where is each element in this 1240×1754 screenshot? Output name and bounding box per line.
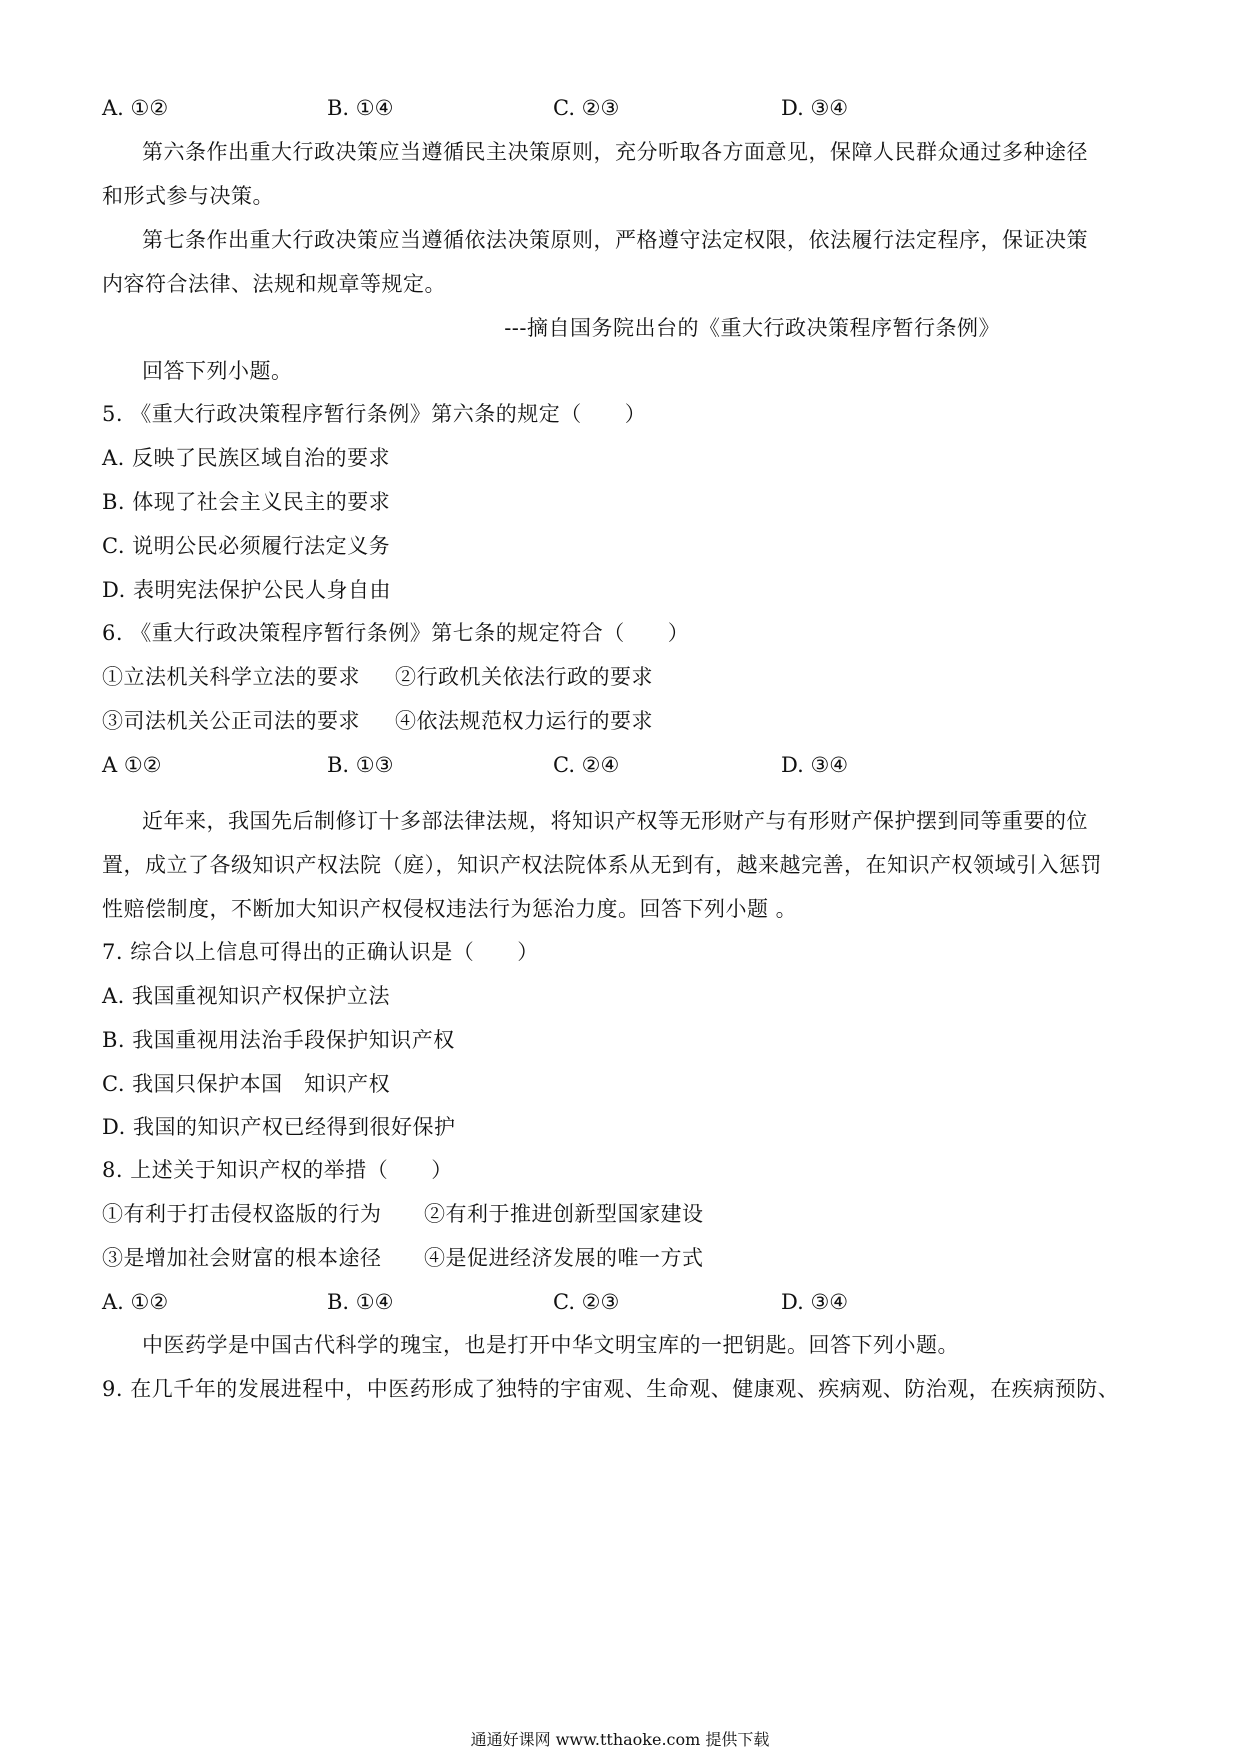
q8-statement-2: ②有利于推进创新型国家建设	[424, 1200, 704, 1228]
material1-para1-line2: 和形式参与决策。	[102, 182, 274, 210]
q9-stem-line1: 9. 在几千年的发展进程中，中医药形成了独特的宇宙观、生命观、健康观、疾病观、防…	[102, 1375, 1119, 1403]
material1-source: ---摘自国务院出台的《重大行政决策程序暂行条例》	[504, 314, 1000, 342]
q6-statement-2: ②行政机关依法行政的要求	[395, 663, 653, 691]
q8-option-c: C. ②③	[553, 1288, 619, 1316]
q8-option-d: D. ③④	[781, 1288, 848, 1316]
q8-statement-4: ④是促进经济发展的唯一方式	[424, 1244, 704, 1272]
q8-statement-3: ③是增加社会财富的根本途径	[102, 1244, 382, 1272]
q6-statement-1: ①立法机关科学立法的要求	[102, 663, 360, 691]
material1-para2-line1: 第七条作出重大行政决策应当遵循依法决策原则，严格遵守法定权限，依法履行法定程序，…	[142, 226, 1088, 254]
q6-statement-3: ③司法机关公正司法的要求	[102, 707, 360, 735]
material2-line3: 性赔偿制度，不断加大知识产权侵权违法行为惩治力度。回答下列小题 。	[102, 895, 797, 923]
q4-option-d: D. ③④	[781, 94, 848, 122]
q5-option-c: C. 说明公民必须履行法定义务	[102, 532, 390, 560]
material1-prompt: 回答下列小题。	[142, 357, 293, 385]
q6-stem: 6. 《重大行政决策程序暂行条例》第七条的规定符合（ ）	[102, 619, 689, 647]
q4-option-c: C. ②③	[553, 94, 619, 122]
material1-para2-line2: 内容符合法律、法规和规章等规定。	[102, 270, 446, 298]
q7-option-d: D. 我国的知识产权已经得到很好保护	[102, 1113, 455, 1141]
q7-stem: 7. 综合以上信息可得出的正确认识是（ ）	[102, 938, 539, 966]
q7-option-a: A. 我国重视知识产权保护立法	[102, 982, 390, 1010]
material1-para1-line1: 第六条作出重大行政决策应当遵循民主决策原则，充分听取各方面意见，保障人民群众通过…	[142, 138, 1088, 166]
q8-statement-1: ①有利于打击侵权盗版的行为	[102, 1200, 382, 1228]
q6-statement-4: ④依法规范权力运行的要求	[395, 707, 653, 735]
q8-stem: 8. 上述关于知识产权的举措（ ）	[102, 1156, 453, 1184]
q4-option-b: B. ①④	[327, 94, 393, 122]
q8-option-a: A. ①②	[102, 1288, 168, 1316]
q6-option-c: C. ②④	[553, 751, 619, 779]
q4-option-a: A. ①②	[102, 94, 168, 122]
q8-option-b: B. ①④	[327, 1288, 393, 1316]
q5-option-d: D. 表明宪法保护公民人身自由	[102, 576, 391, 604]
q6-option-b: B. ①③	[327, 751, 393, 779]
material2-line1: 近年来，我国先后制修订十多部法律法规，将知识产权等无形财产与有形财产保护摆到同等…	[142, 807, 1088, 835]
q5-option-a: A. 反映了民族区域自治的要求	[102, 444, 390, 472]
q5-stem: 5. 《重大行政决策程序暂行条例》第六条的规定（ ）	[102, 400, 646, 428]
footer-watermark: 通通好课网 www.tthaoke.com 提供下载	[0, 1730, 1240, 1750]
q6-option-d: D. ③④	[781, 751, 848, 779]
q7-option-b: B. 我国重视用法治手段保护知识产权	[102, 1026, 455, 1054]
material3-line1: 中医药学是中国古代科学的瑰宝，也是打开中华文明宝库的一把钥匙。回答下列小题。	[142, 1331, 959, 1359]
q7-option-c: C. 我国只保护本国 知识产权	[102, 1070, 390, 1098]
q5-option-b: B. 体现了社会主义民主的要求	[102, 488, 390, 516]
material2-line2: 置，成立了各级知识产权法院（庭），知识产权法院体系从无到有，越来越完善，在知识产…	[102, 851, 1102, 879]
q6-option-a: A ①②	[102, 751, 162, 779]
